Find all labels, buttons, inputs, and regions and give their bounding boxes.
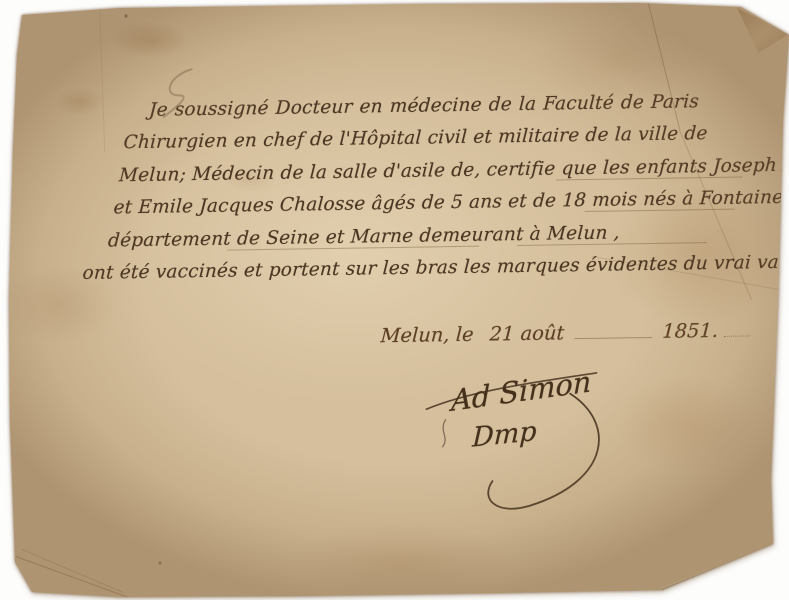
handwritten-line-3: Melun; Médecin de la salle d'asile de, c… xyxy=(118,156,741,188)
dateline-blank-rule xyxy=(574,325,653,339)
scanned-document-background: Je soussigné Docteur en médecine de la F… xyxy=(0,0,789,600)
handwriting-layer: Je soussigné Docteur en médecine de la F… xyxy=(0,0,789,600)
paper-sheet-wrap: Je soussigné Docteur en médecine de la F… xyxy=(0,0,789,600)
dateline-year: 1851. xyxy=(662,319,719,343)
handwritten-line-6: ont été vaccinés et portent sur les bras… xyxy=(82,253,701,285)
dateline-trailing-dots xyxy=(724,323,751,336)
handwritten-line-1: Je soussigné Docteur en médecine de la F… xyxy=(148,91,699,122)
signature-paraph: Dmp xyxy=(472,416,537,454)
dateline-place: Melun, le xyxy=(380,323,474,347)
handwritten-line-2: Chirurgien en chef de l'Hôpital civil et… xyxy=(123,123,686,154)
aged-paper-sheet: Je soussigné Docteur en médecine de la F… xyxy=(0,0,789,600)
handwritten-line-4: et Emile Jacques Chalosse âgés de 5 ans … xyxy=(113,188,726,220)
signature-name: Ad Simon xyxy=(451,364,591,418)
dateline: Melun, le 21 août 1851. xyxy=(380,318,751,347)
handwritten-line-5: département de Seine et Marne demeurant … xyxy=(107,223,586,253)
dateline-day-month: 21 août xyxy=(489,321,565,345)
